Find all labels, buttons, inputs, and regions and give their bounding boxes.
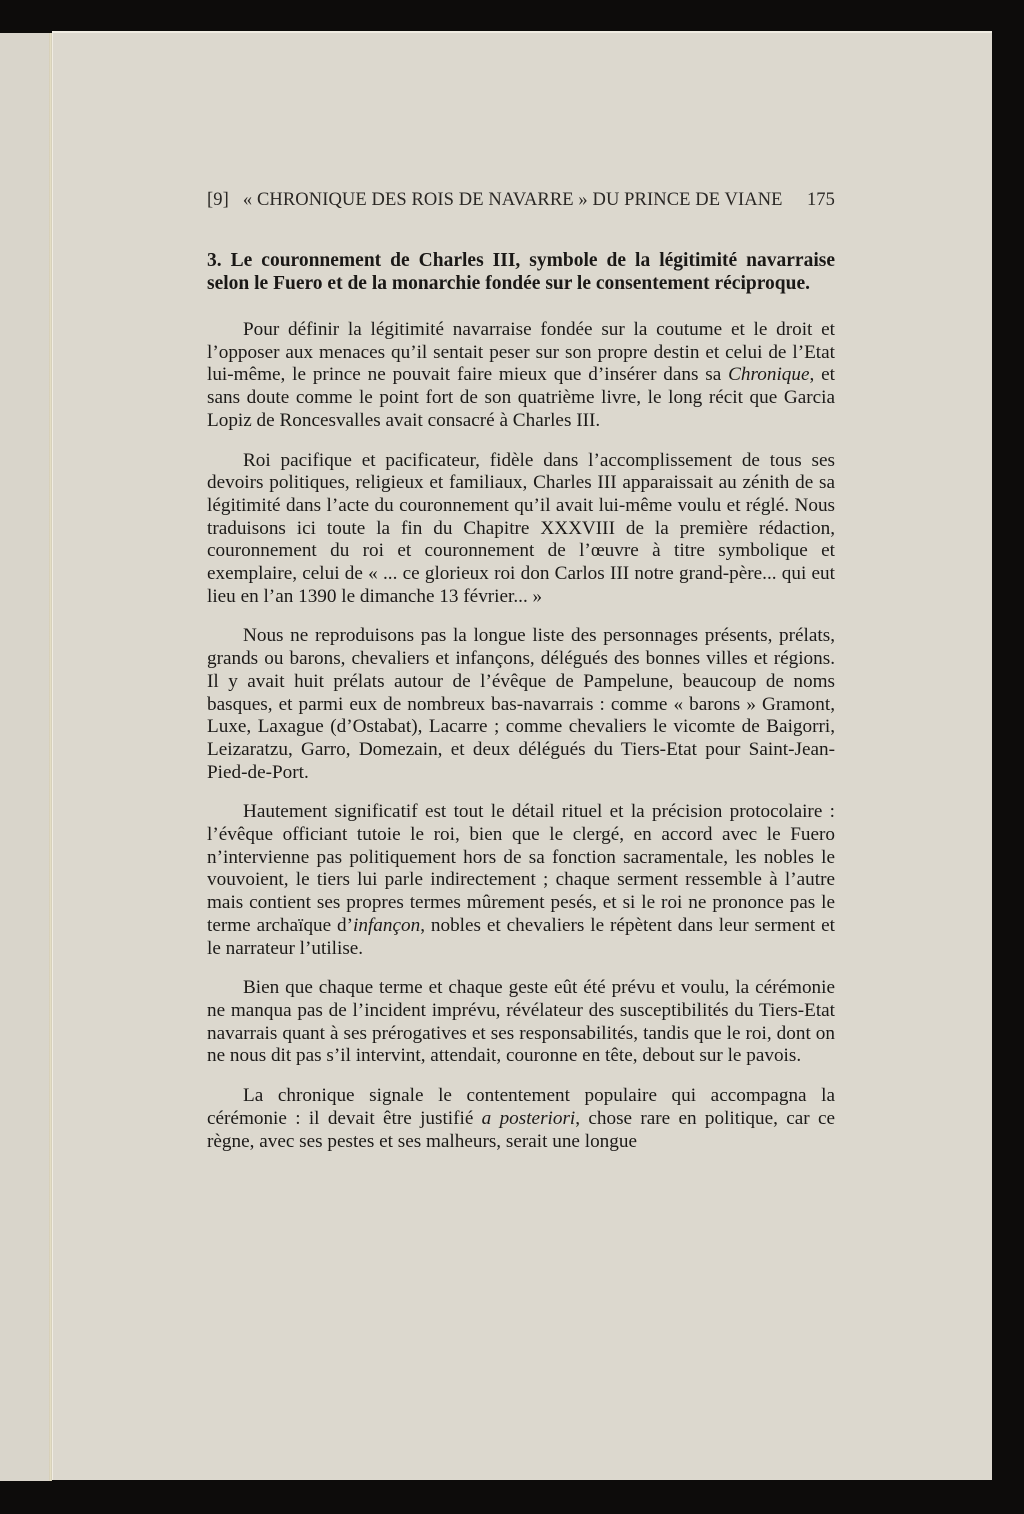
paragraph-4: Hautement significatif est tout le détai… — [207, 801, 835, 960]
facing-page-edge — [0, 33, 50, 1481]
paragraph-5: Bien que chaque terme et chaque geste eû… — [207, 977, 835, 1068]
paragraph-6: La chronique signale le contentement pop… — [207, 1085, 835, 1153]
section-heading: 3. Le couronnement de Charles III, symbo… — [207, 250, 835, 295]
running-head: [9] « CHRONIQUE DES ROIS DE NAVARRE » DU… — [207, 190, 835, 220]
paragraph-1: Pour définir la légitimité navarraise fo… — [207, 319, 835, 433]
page-number: 175 — [807, 190, 835, 211]
paragraph-2: Roi pacifique et pacificateur, fidèle da… — [207, 450, 835, 609]
italic-title-chronique: Chronique — [728, 364, 809, 385]
chapter-marker: [9] — [207, 190, 229, 211]
page-text-block: [9] « CHRONIQUE DES ROIS DE NAVARRE » DU… — [207, 190, 835, 1153]
italic-a-posteriori: a posteriori — [482, 1108, 576, 1129]
paragraph-3: Nous ne reproduisons pas la longue liste… — [207, 625, 835, 784]
italic-term-infancon: infançon — [353, 915, 420, 936]
body-text: Pour définir la légitimité navarraise fo… — [207, 319, 835, 1153]
running-head-title: « CHRONIQUE DES ROIS DE NAVARRE » DU PRI… — [243, 190, 807, 211]
